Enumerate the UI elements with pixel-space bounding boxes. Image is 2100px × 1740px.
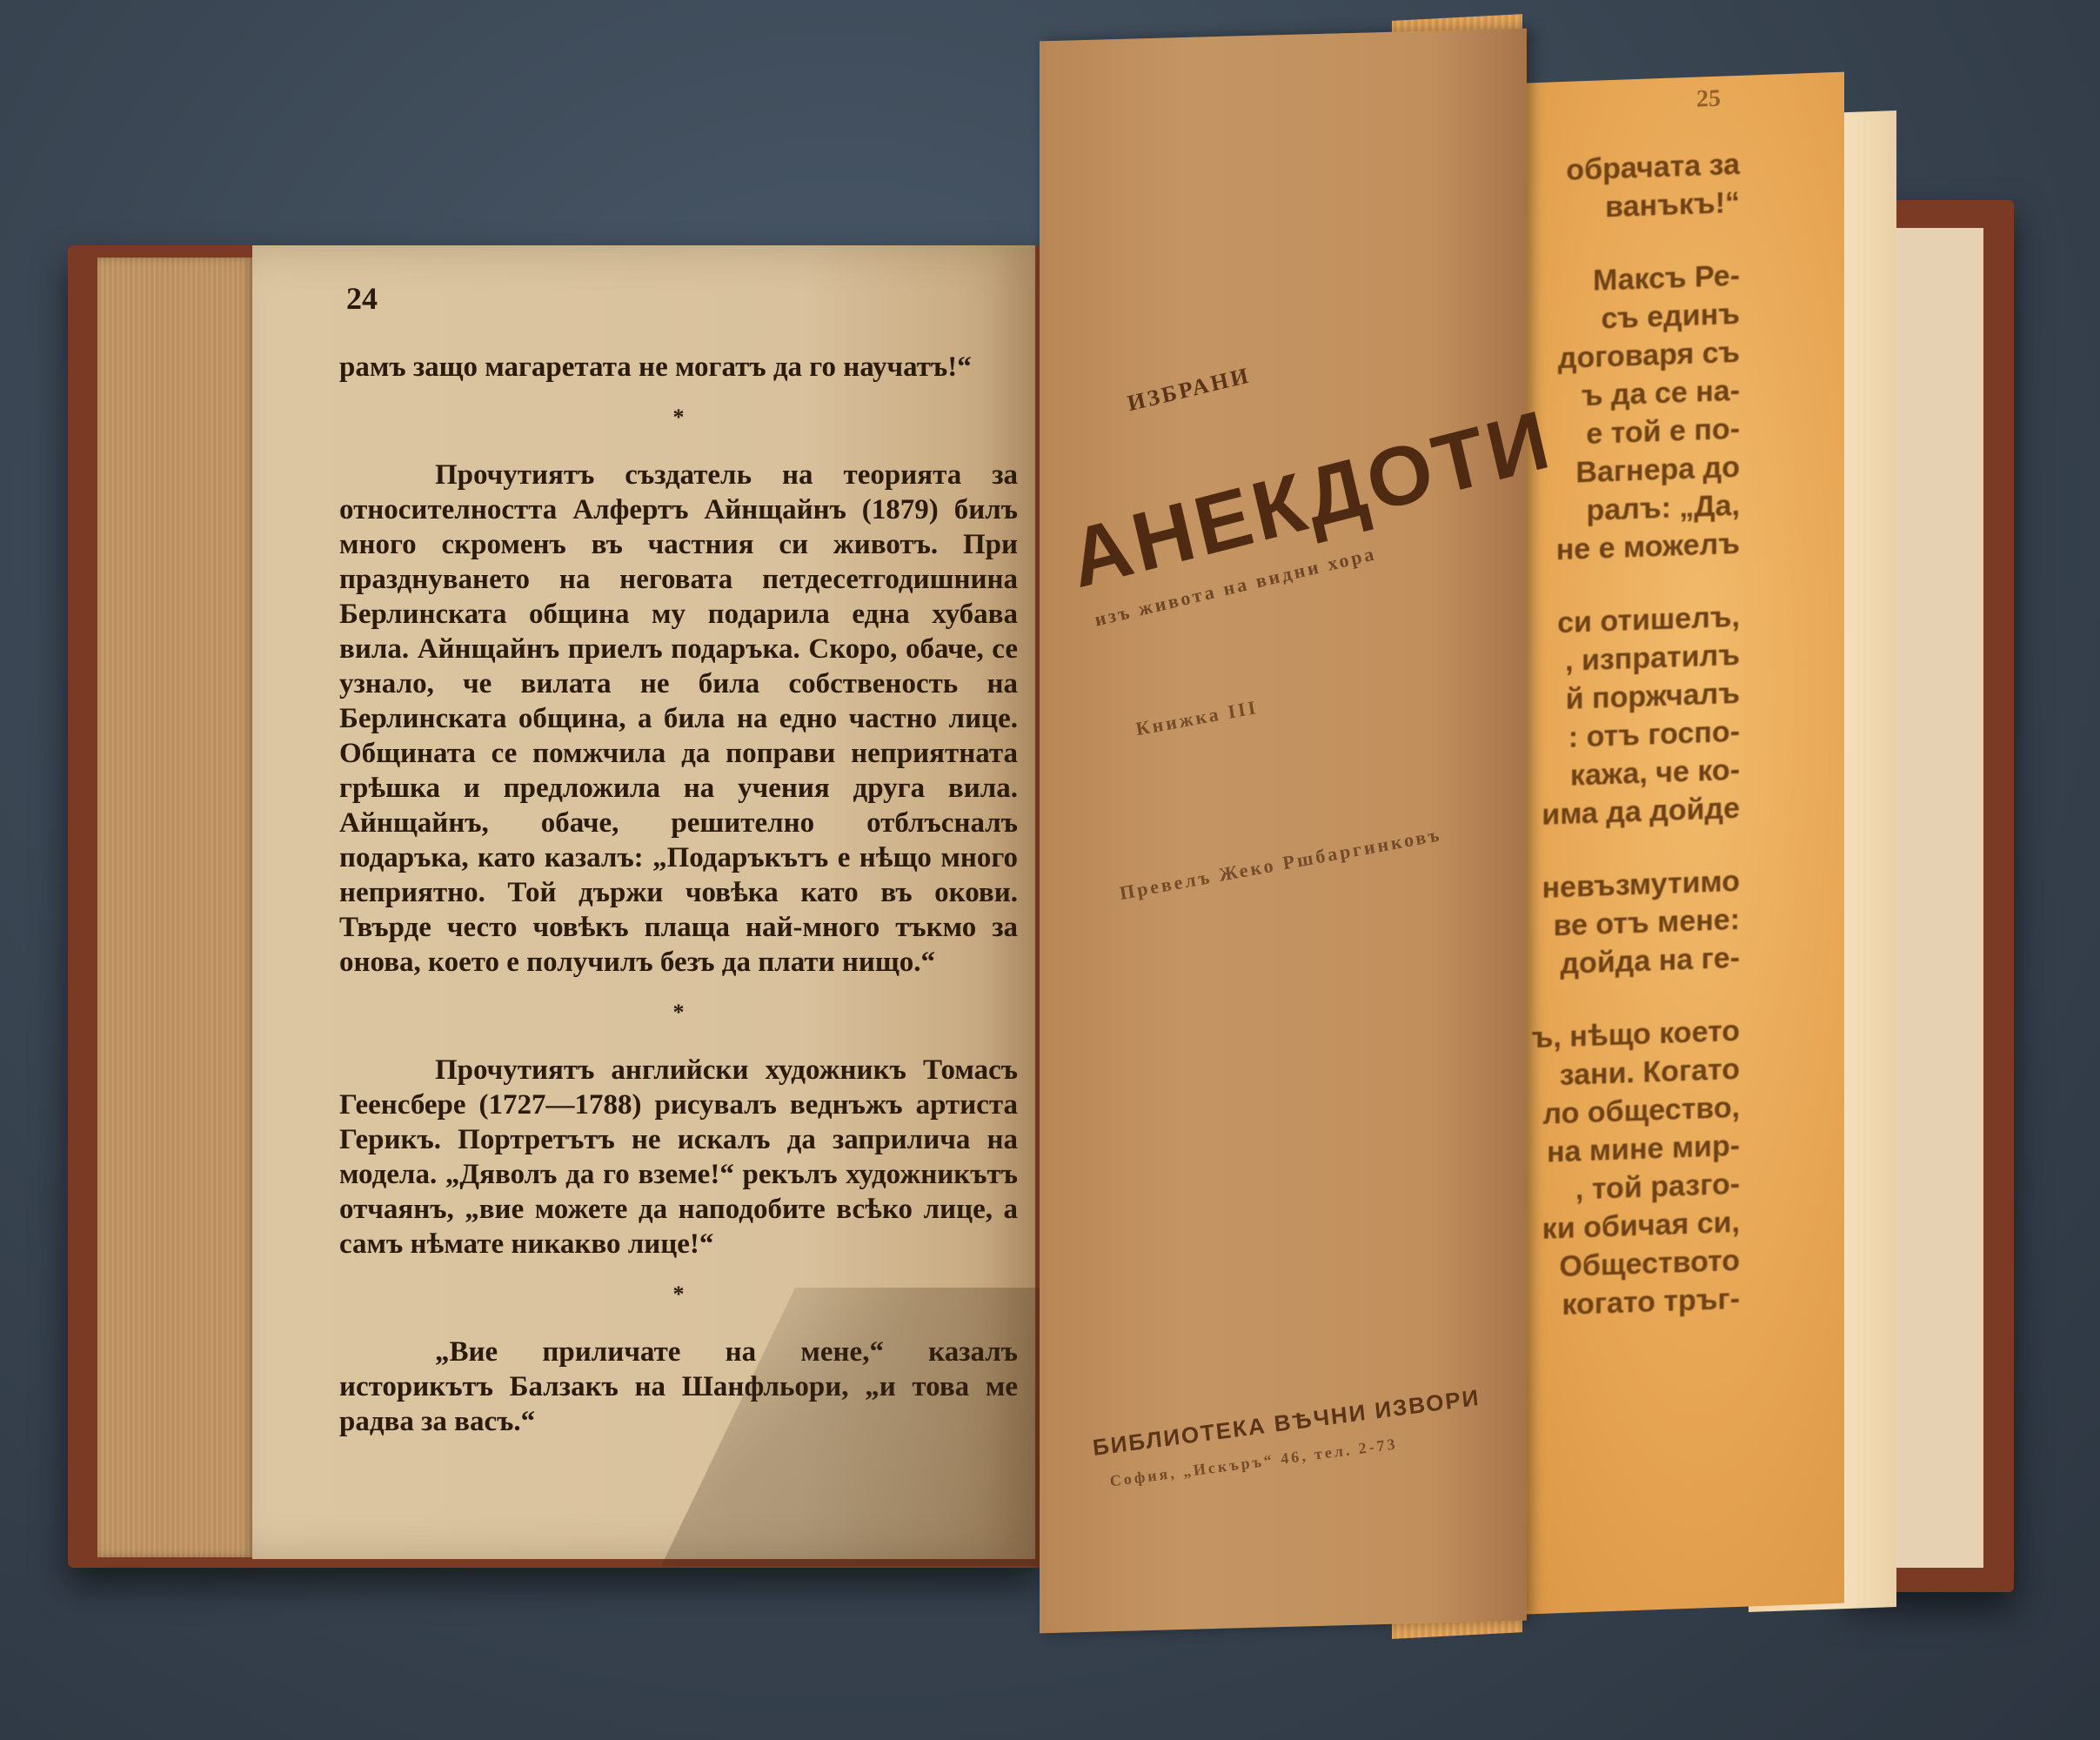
page-number-left: 24 <box>346 280 378 317</box>
page-block-edge <box>97 258 254 1557</box>
title-page: ИЗБРАНИ АНЕКДОТИ изъ живота на видни хор… <box>1040 29 1527 1634</box>
anecdote-paragraph: рамъ защо магаретата не могатъ да го нау… <box>339 350 1018 385</box>
anecdote-paragraph: Прочутиятъ създатель на теорията за отно… <box>339 458 1018 980</box>
book-translator: Превелъ Жеко Ршбаргинковъ <box>1118 823 1443 905</box>
book-photo-scene: 24 рамъ защо магаретата не могатъ да го … <box>0 0 2100 1740</box>
section-separator: * <box>339 400 1018 435</box>
title-series: ИЗБРАНИ <box>1125 362 1253 417</box>
left-page-text: рамъ защо магаретата не могатъ да го нау… <box>339 350 1018 1439</box>
right-page: 25 обрачата заванъкъ!“Максъ Ре-съ единъд… <box>1479 72 1844 1616</box>
book-volume: Книжка III <box>1134 696 1260 740</box>
section-separator: * <box>339 995 1018 1030</box>
page-number-right: 25 <box>1696 85 1721 114</box>
anecdote-paragraph: Прочутиятъ английски художникъ Томасъ Ге… <box>339 1053 1018 1261</box>
